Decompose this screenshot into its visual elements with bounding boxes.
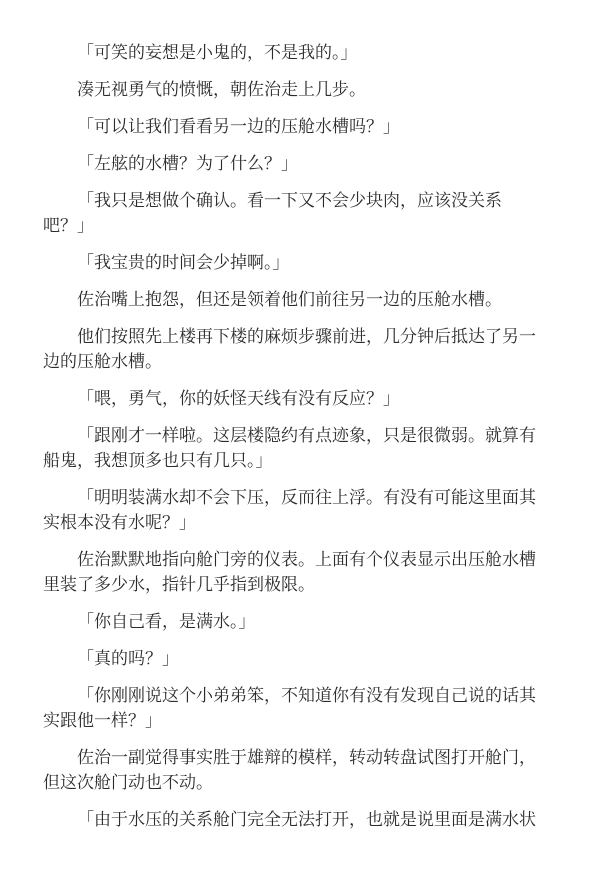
- document-page: 「可笑的妄想是小鬼的，不是我的。」凑无视勇气的愤慨，朝佐治走上几步。「可以让我们…: [0, 0, 613, 869]
- paragraph: 佐治一副觉得事实胜于雄辩的模样，转动转盘试图打开舱门，但这次舱门动也不动。: [43, 745, 543, 795]
- paragraph: 佐治默默地指向舱门旁的仪表。上面有个仪表显示出压舱水槽里装了多少水，指针几乎指到…: [43, 547, 543, 597]
- paragraph: 「可笑的妄想是小鬼的，不是我的。」: [43, 40, 543, 65]
- paragraph: 「可以让我们看看另一边的压舱水槽吗？」: [43, 114, 543, 139]
- paragraph: 「跟刚才一样啦。这层楼隐约有点迹象，只是很微弱。就算有船鬼，我想顶多也只有几只。…: [43, 423, 543, 473]
- paragraph: 「真的吗？」: [43, 646, 543, 671]
- page-text-body: 「可笑的妄想是小鬼的，不是我的。」凑无视勇气的愤慨，朝佐治走上几步。「可以让我们…: [43, 40, 543, 832]
- paragraph: 「由于水压的关系舱门完全无法打开，也就是说里面是满水状: [43, 807, 543, 832]
- paragraph: 「你刚刚说这个小弟弟笨，不知道你有没有发现自己说的话其实跟他一样？」: [43, 683, 543, 733]
- paragraph: 「你自己看，是满水。」: [43, 609, 543, 634]
- paragraph: 「左舷的水槽？为了什么？」: [43, 151, 543, 176]
- paragraph: 「喂，勇气，你的妖怪天线有没有反应？」: [43, 386, 543, 411]
- paragraph: 佐治嘴上抱怨，但还是领着他们前往另一边的压舱水槽。: [43, 287, 543, 312]
- paragraph: 「明明装满水却不会下压，反而往上浮。有没有可能这里面其实根本没有水呢？」: [43, 485, 543, 535]
- paragraph: 他们按照先上楼再下楼的麻烦步骤前进，几分钟后抵达了另一边的压舱水槽。: [43, 324, 543, 374]
- paragraph: 「我只是想做个确认。看一下又不会少块肉，应该没关系吧？」: [43, 188, 543, 238]
- paragraph: 凑无视勇气的愤慨，朝佐治走上几步。: [43, 77, 543, 102]
- paragraph: 「我宝贵的时间会少掉啊。」: [43, 250, 543, 275]
